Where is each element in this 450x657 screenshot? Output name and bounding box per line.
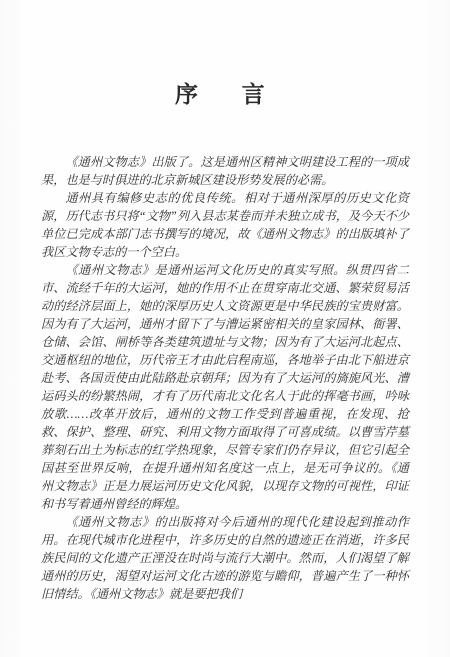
preface-body: 《通州文物志》出版了。这是通州区精神文明建设工程的一项成果，也是与时俱进的北京新… — [41, 153, 409, 603]
preface-paragraph-2: 通州具有编修史志的优良传统。相对于通州深厚的历史文化资源，历代志书只将“文物”列… — [41, 189, 409, 261]
preface-paragraph-1: 《通州文物志》出版了。这是通州区精神文明建设工程的一项成果，也是与时俱进的北京新… — [41, 153, 409, 189]
page-title: 序 言 — [0, 0, 450, 109]
preface-paragraph-3: 《通州文物志》是通州运河文化历史的真实写照。纵贯四省二市、流经千年的大运河，她的… — [41, 261, 409, 513]
scanned-preface-page: 序 言 《通州文物志》出版了。这是通州区精神文明建设工程的一项成果，也是与时俱进… — [0, 0, 450, 657]
preface-paragraph-4: 《通州文物志》的出版将对今后通州的现代化建设起到推动作用。在现代城市化进程中，许… — [41, 513, 409, 603]
